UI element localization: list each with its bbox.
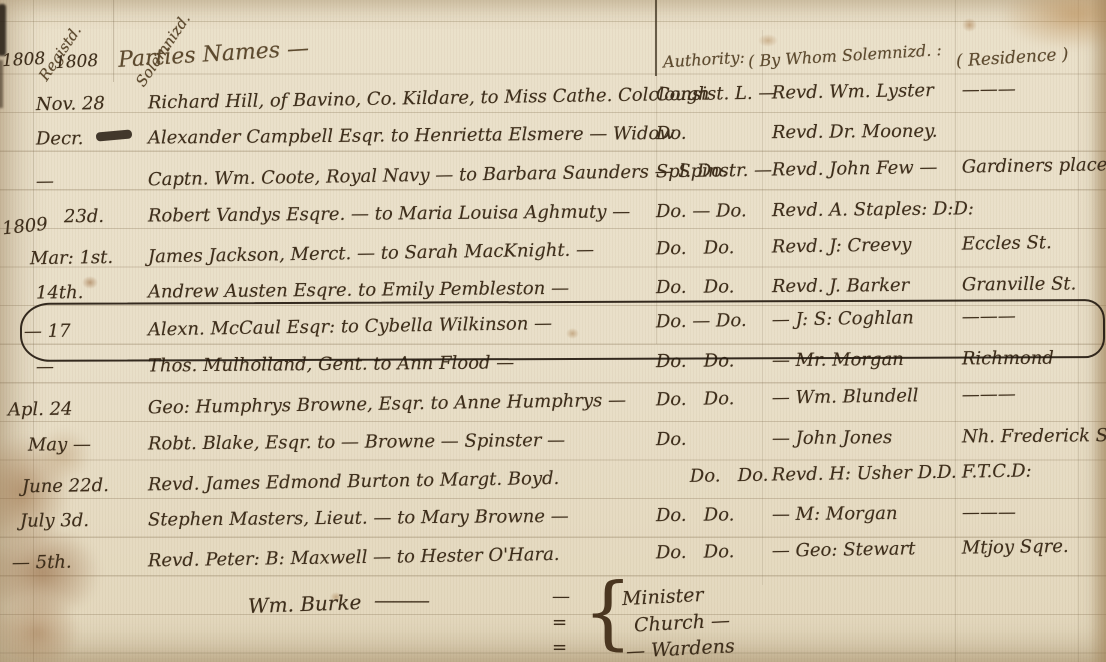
entry-authority: Do. Do. (656, 388, 772, 411)
clerk-dash: ——— (374, 588, 428, 612)
entry-by-whom: — Wm. Blundell (772, 385, 962, 409)
entry-by-whom: Revd. Dr. Mooney. (772, 120, 962, 143)
entry-residence: ——— (962, 382, 1106, 405)
entry-parties: Robt. Blake, Esqr. to — Browne — Spinste… (148, 429, 656, 454)
entry-residence: Nh. Frederick St. (962, 425, 1106, 447)
entry-residence: ——— (962, 77, 1106, 100)
entry-by-whom: Revd. H: Usher D.D. (772, 462, 962, 486)
entry-by-whom: — Geo: Stewart (772, 538, 962, 562)
register-page: Registd. Solemnizd. 1808 1808 Parties Na… (0, 0, 1106, 662)
entry-authority: Do. Do. (656, 541, 772, 564)
entry-authority: Do. — Do. (656, 200, 772, 222)
entry-parties: Robert Vandys Esqre. — to Maria Louisa A… (148, 201, 656, 226)
entry-residence: ——— (962, 501, 1106, 523)
entry-parties: Alexander Campbell Esqr. to Henrietta El… (148, 123, 656, 148)
entry-residence: Eccles St. (962, 231, 1106, 254)
entry-parties: Captn. Wm. Coote, Royal Navy — to Barbar… (148, 161, 656, 190)
brace-dash: = (552, 637, 566, 658)
entry-by-whom: — M: Morgan (772, 502, 962, 525)
entry-authority: Do. (656, 122, 772, 144)
brace-dash: — (552, 586, 569, 607)
entry-date: July 3d. (0, 510, 148, 532)
entry-authority: Consist. L. — (656, 83, 772, 106)
entry-residence (962, 197, 1106, 198)
entry-date: Mar: 1st. (0, 246, 148, 269)
entry-parties: Andrew Austen Esqre. to Emily Pembleston… (148, 277, 656, 302)
entry-by-whom: Revd. Wm. Lyster (772, 80, 962, 104)
entry-authority: Do. (656, 428, 772, 450)
entry-residence: Gardiners place (962, 154, 1106, 177)
clerk-signature: Wm. Burke (248, 590, 362, 618)
entry-by-whom: Revd. John Few — (772, 157, 962, 181)
entry-residence: Granville St. (962, 273, 1106, 295)
entry-by-whom: Revd. J. Barker (772, 274, 962, 297)
entry-date: — 5th. (0, 550, 148, 573)
entry-authority: Do. Do. (656, 465, 772, 488)
entry-date: — (0, 169, 148, 192)
annotation-highlight-box (20, 299, 1105, 362)
entry-parties: Geo: Humphrys Browne, Esqr. to Anne Hump… (148, 389, 656, 418)
brace-dash: = (552, 612, 566, 633)
entry-date: June 22d. (0, 474, 148, 497)
entry-date: 14th. (0, 282, 148, 304)
entry-residence: Mtjoy Sqre. (962, 535, 1106, 558)
entry-authority: Do. Do. (656, 276, 772, 298)
entry-by-whom: Revd. A. Staples: D:D: (772, 198, 962, 221)
entry-date: Nov. 28 (0, 92, 148, 115)
footer-label-minister: Minister (621, 584, 704, 610)
entry-parties: Richard Hill, of Bavino, Co. Kildare, to… (148, 84, 656, 113)
entry-date: Apl. 24 (0, 397, 148, 420)
entry-by-whom: — John Jones (772, 426, 962, 449)
footer-label-wardens: — Wardens (625, 635, 735, 662)
entry-parties: Stephen Masters, Lieut. — to Mary Browne… (148, 505, 656, 530)
entry-authority: Spl. Do. (656, 160, 772, 183)
entry-date: May — (0, 434, 148, 456)
entry-authority: Do. Do. (656, 237, 772, 260)
entry-by-whom: Revd. J: Creevy (772, 234, 962, 258)
entry-authority: Do. Do. (656, 504, 772, 526)
entry-residence (962, 119, 1106, 120)
entry-residence: F.T.C.D: (962, 459, 1106, 482)
